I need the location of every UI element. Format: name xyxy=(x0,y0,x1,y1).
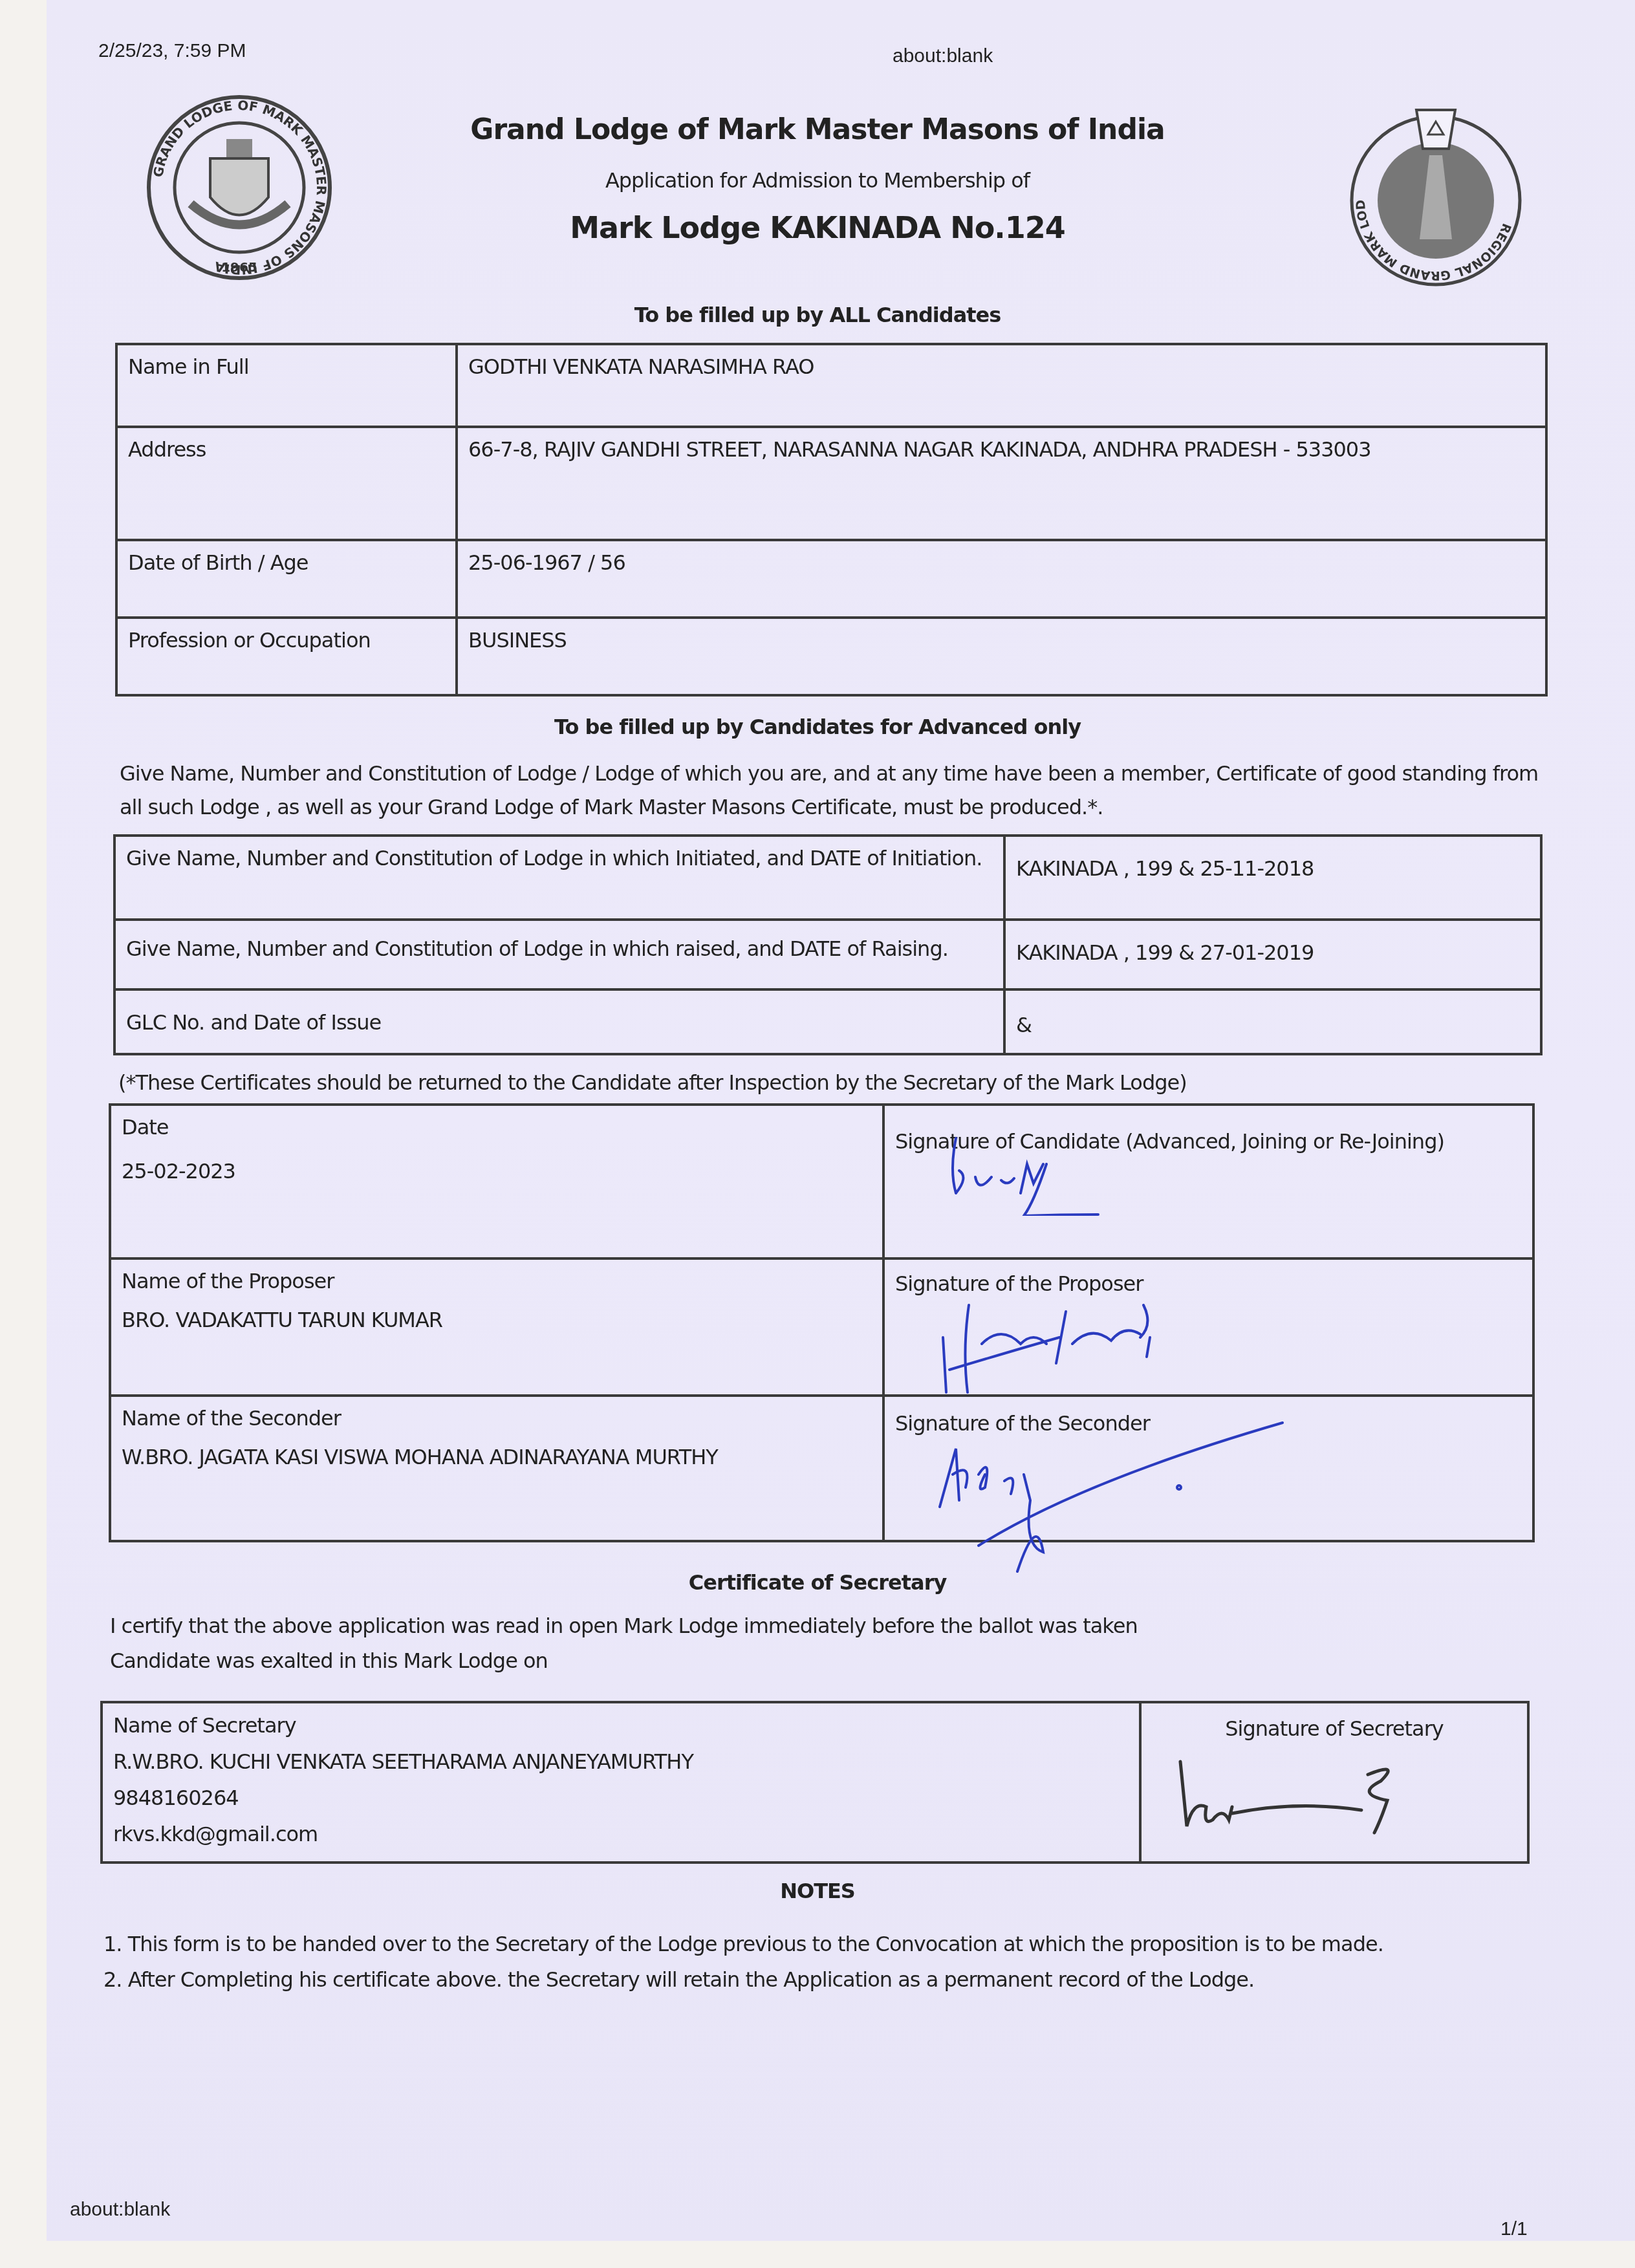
proposer-label: Name of the Proposer xyxy=(122,1269,872,1293)
field-label: Give Name, Number and Constitution of Lo… xyxy=(114,836,1004,920)
date-label: Date xyxy=(122,1115,872,1139)
notes-heading: NOTES xyxy=(0,1879,1635,1903)
table-row: Name of the Seconder W.BRO. JAGATA KASI … xyxy=(110,1396,1533,1541)
secretary-table: Name of Secretary R.W.BRO. KUCHI VENKATA… xyxy=(100,1701,1530,1864)
date-cell: Date 25-02-2023 xyxy=(110,1105,883,1258)
lodge-name: Mark Lodge KAKINADA No.124 xyxy=(0,210,1635,245)
secretary-heading: Certificate of Secretary xyxy=(0,1570,1635,1595)
raising-field[interactable]: KAKINADA , 199 & 27-01-2019 xyxy=(1004,920,1541,989)
certificates-footnote: (*These Certificates should be returned … xyxy=(118,1066,1187,1099)
secretary-name-field[interactable]: R.W.BRO. KUCHI VENKATA SEETHARAMA ANJANE… xyxy=(113,1744,1129,1780)
table-row: Date 25-02-2023 Signature of Candidate (… xyxy=(110,1105,1533,1258)
page-number: 1/1 xyxy=(1500,2218,1528,2240)
secretary-phone[interactable]: 9848160264 xyxy=(113,1780,1129,1816)
signatures-table: Date 25-02-2023 Signature of Candidate (… xyxy=(109,1103,1535,1542)
initiation-field[interactable]: KAKINADA , 199 & 25-11-2018 xyxy=(1004,836,1541,920)
org-title: Grand Lodge of Mark Master Masons of Ind… xyxy=(0,113,1635,146)
table-row: Address 66-7-8, RAJIV GANDHI STREET, NAR… xyxy=(116,427,1546,540)
print-footer-url: about:blank xyxy=(70,2199,170,2221)
table-row: Profession or Occupation BUSINESS xyxy=(116,618,1546,695)
note-item: 1. This form is to be handed over to the… xyxy=(103,1927,1591,1961)
field-label: Profession or Occupation xyxy=(116,618,457,695)
proposer-field[interactable]: BRO. VADAKATTU TARUN KUMAR xyxy=(122,1308,872,1332)
table-row: Name of the Proposer BRO. VADAKATTU TARU… xyxy=(110,1258,1533,1396)
secretary-signature-icon xyxy=(1167,1755,1439,1839)
table-row: Name in Full GODTHI VENKATA NARASIMHA RA… xyxy=(116,344,1546,427)
all-candidates-table: Name in Full GODTHI VENKATA NARASIMHA RA… xyxy=(115,343,1548,697)
note-item: 2. After Completing his certificate abov… xyxy=(103,1963,1591,1996)
field-label: Address xyxy=(116,427,457,540)
exaltation-line: Candidate was exalted in this Mark Lodge… xyxy=(110,1644,548,1678)
table-row: Name of Secretary R.W.BRO. KUCHI VENKATA… xyxy=(102,1702,1528,1863)
form-subtitle: Application for Admission to Membership … xyxy=(0,168,1635,193)
seconder-field[interactable]: W.BRO. JAGATA KASI VISWA MOHANA ADINARAY… xyxy=(122,1445,872,1469)
field-label: Date of Birth / Age xyxy=(116,540,457,618)
address-field[interactable]: 66-7-8, RAJIV GANDHI STREET, NARASANNA N… xyxy=(457,427,1546,540)
field-label: Give Name, Number and Constitution of Lo… xyxy=(114,920,1004,989)
proposer-signature-cell[interactable]: Signature of the Proposer xyxy=(883,1258,1533,1396)
advanced-instructions: Give Name, Number and Constitution of Lo… xyxy=(120,757,1543,824)
candidate-signature-cell[interactable]: Signature of Candidate (Advanced, Joinin… xyxy=(883,1105,1533,1258)
field-label: Name in Full xyxy=(116,344,457,427)
table-row: Give Name, Number and Constitution of Lo… xyxy=(114,920,1541,989)
proposer-signature-icon xyxy=(917,1299,1253,1396)
section-advanced-heading: To be filled up by Candidates for Advanc… xyxy=(0,715,1635,739)
secretary-signature-label: Signature of Secretary xyxy=(1152,1716,1517,1741)
advanced-table: Give Name, Number and Constitution of Lo… xyxy=(113,834,1543,1055)
date-field[interactable]: 25-02-2023 xyxy=(122,1159,872,1183)
glc-field[interactable]: & xyxy=(1004,989,1541,1054)
secretary-name-label: Name of Secretary xyxy=(113,1707,1129,1744)
svg-text:1965: 1965 xyxy=(221,259,257,275)
secretary-certification: I certify that the above application was… xyxy=(110,1609,1138,1643)
seconder-signature-cell[interactable]: Signature of the Seconder xyxy=(883,1396,1533,1541)
print-url: about:blank xyxy=(893,45,993,67)
secretary-details-cell: Name of Secretary R.W.BRO. KUCHI VENKATA… xyxy=(102,1702,1140,1863)
secretary-signature-cell[interactable]: Signature of Secretary xyxy=(1140,1702,1528,1863)
secretary-email[interactable]: rkvs.kkd@gmail.com xyxy=(113,1816,1129,1852)
field-label: GLC No. and Date of Issue xyxy=(114,989,1004,1054)
proposer-cell: Name of the Proposer BRO. VADAKATTU TARU… xyxy=(110,1258,883,1396)
seconder-cell: Name of the Seconder W.BRO. JAGATA KASI … xyxy=(110,1396,883,1541)
seconder-signature-icon xyxy=(920,1410,1308,1578)
occupation-field[interactable]: BUSINESS xyxy=(457,618,1546,695)
candidate-signature-icon xyxy=(930,1132,1137,1216)
table-row: GLC No. and Date of Issue & xyxy=(114,989,1541,1054)
seconder-label: Name of the Seconder xyxy=(122,1406,872,1431)
table-row: Date of Birth / Age 25-06-1967 / 56 xyxy=(116,540,1546,618)
proposer-signature-label: Signature of the Proposer xyxy=(895,1271,1522,1296)
print-timestamp: 2/25/23, 7:59 PM xyxy=(98,40,246,62)
dob-age-field[interactable]: 25-06-1967 / 56 xyxy=(457,540,1546,618)
name-field[interactable]: GODTHI VENKATA NARASIMHA RAO xyxy=(457,344,1546,427)
section-all-heading: To be filled up by ALL Candidates xyxy=(0,303,1635,327)
table-row: Give Name, Number and Constitution of Lo… xyxy=(114,836,1541,920)
